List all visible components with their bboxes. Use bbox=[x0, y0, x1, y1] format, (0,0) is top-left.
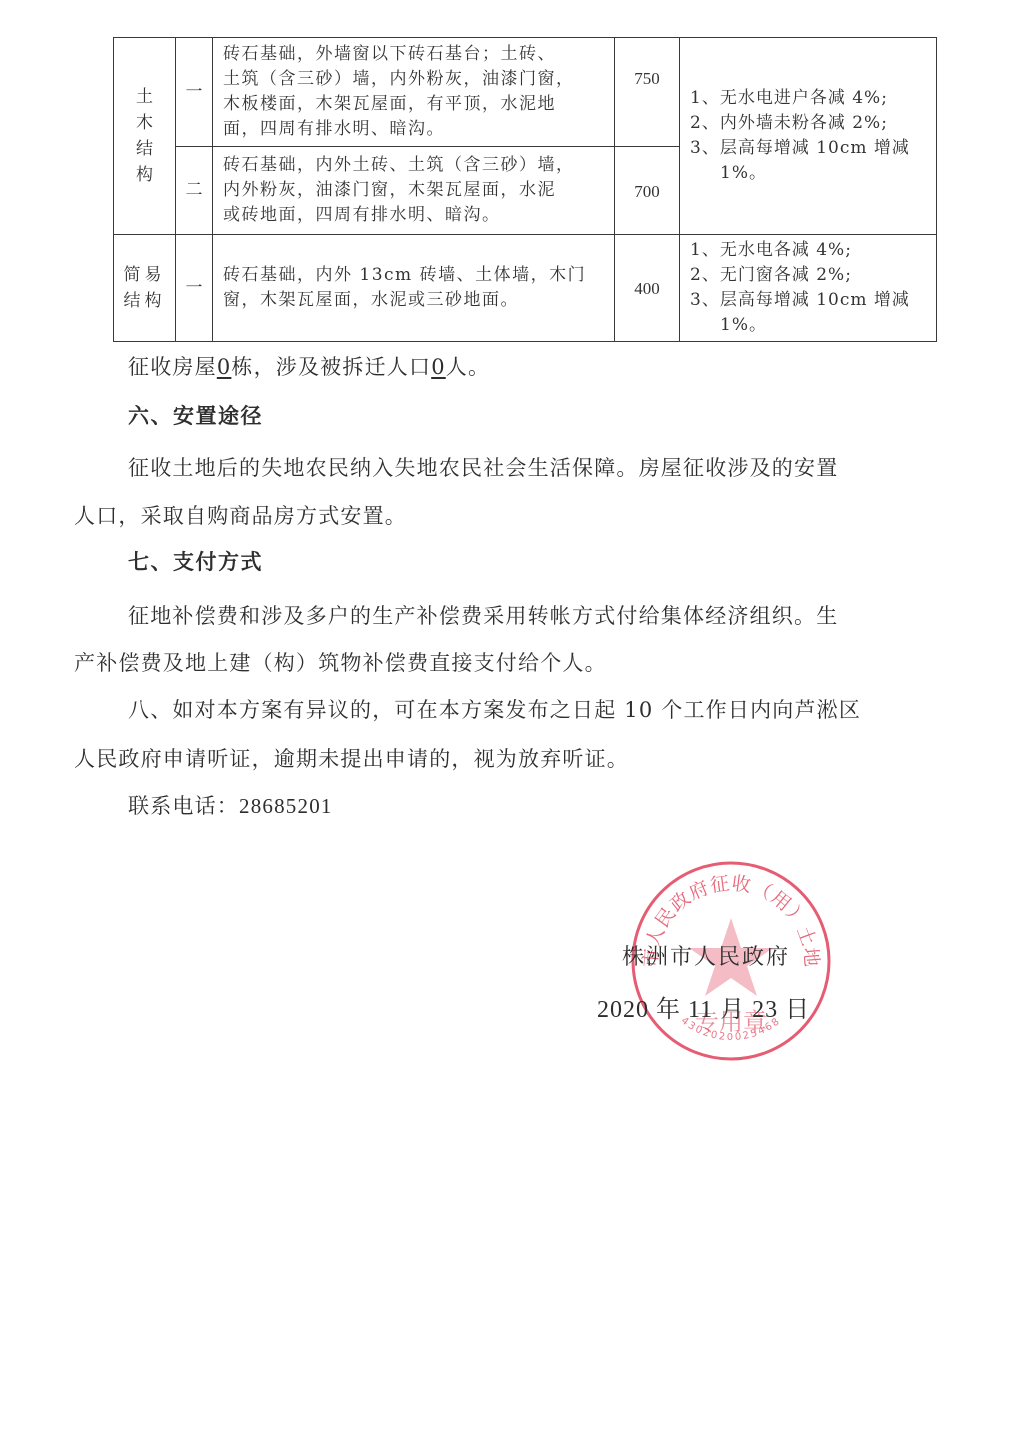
document-page: 土 木 结 构 一 砖石基础，外墙窗以下砖石基台；土砖、 土筑（含三砂）墙，内外… bbox=[0, 0, 1024, 1453]
category-line: 结构 bbox=[124, 291, 166, 311]
table-row: 简易 结构 一 砖石基础，内外 13cm 砖墙、土体墙，木门 窗，木架瓦屋面，水… bbox=[114, 235, 937, 342]
note-line: 2、无门窗各减 2%; bbox=[690, 263, 930, 288]
description-line: 窗，木架瓦屋面，水泥或三砂地面。 bbox=[223, 288, 606, 313]
section-6-line: 征收土地后的失地农民纳入失地农民社会生活保障。房屋征收涉及的安置 bbox=[128, 453, 838, 483]
description-cell: 砖石基础，内外土砖、土筑（含三砂）墙， 内外粉灰，油漆门窗，木架瓦屋面，水泥 或… bbox=[213, 147, 615, 235]
category-char: 构 bbox=[136, 165, 153, 185]
house-count: 0 bbox=[217, 355, 232, 379]
note-line: 3、层高每增减 10cm 增减 bbox=[690, 136, 930, 161]
description-line: 土筑（含三砂）墙，内外粉灰，油漆门窗， bbox=[223, 67, 606, 92]
signing-date: 2020 年 11 月 23 日 bbox=[597, 989, 810, 1024]
section-6-heading: 六、安置途径 bbox=[128, 401, 263, 431]
category-line: 简易 bbox=[124, 265, 166, 285]
section-6-line: 人口，采取自购商品房方式安置。 bbox=[74, 501, 407, 531]
description-cell: 砖石基础，内外 13cm 砖墙、土体墙，木门 窗，木架瓦屋面，水泥或三砂地面。 bbox=[213, 235, 615, 342]
price-cell: 700 bbox=[615, 147, 680, 235]
building-compensation-table: 土 木 结 构 一 砖石基础，外墙窗以下砖石基台；土砖、 土筑（含三砂）墙，内外… bbox=[113, 37, 937, 342]
category-cell-jianyi: 简易 结构 bbox=[114, 235, 176, 342]
price-cell: 750 bbox=[615, 38, 680, 147]
grade-cell: 一 bbox=[176, 38, 213, 147]
note-line: 1%。 bbox=[690, 161, 930, 186]
category-char: 土 bbox=[136, 87, 153, 107]
description-line: 内外粉灰，油漆门窗，木架瓦屋面，水泥 bbox=[223, 178, 606, 203]
houses-mid: 栋，涉及被拆迁人口 bbox=[231, 355, 431, 379]
section-7-line: 征地补偿费和涉及多户的生产补偿费采用转帐方式付给集体经济组织。生 bbox=[128, 601, 838, 631]
contact-phone: 28685201 bbox=[239, 794, 333, 818]
description-line: 砖石基础，内外 13cm 砖墙、土体墙，木门 bbox=[223, 263, 606, 288]
note-line: 2、内外墙未粉各减 2%; bbox=[690, 111, 930, 136]
section-7-heading: 七、支付方式 bbox=[128, 547, 263, 577]
grade-cell: 一 bbox=[176, 235, 213, 342]
note-line: 3、层高每增减 10cm 增减 bbox=[690, 288, 930, 313]
people-count: 0 bbox=[431, 355, 446, 379]
houses-suffix: 人。 bbox=[446, 355, 490, 379]
section-8-line: 人民政府申请听证，逾期未提出申请的，视为放弃听证。 bbox=[74, 744, 629, 774]
description-line: 砖石基础，外墙窗以下砖石基台；土砖、 bbox=[223, 42, 606, 67]
notes-cell-jianyi: 1、无水电各减 4%; 2、无门窗各减 2%; 3、层高每增减 10cm 增减 … bbox=[680, 235, 937, 342]
category-char: 结 bbox=[136, 139, 153, 159]
category-cell-tumu: 土 木 结 构 bbox=[114, 38, 176, 235]
description-line: 砖石基础，内外土砖、土筑（含三砂）墙， bbox=[223, 153, 606, 178]
signing-organization: 株洲市人民政府 bbox=[622, 940, 790, 971]
section-7-line: 产补偿费及地上建（构）筑物补偿费直接支付给个人。 bbox=[74, 648, 607, 678]
notes-cell-tumu: 1、无水电进户各减 4%; 2、内外墙未粉各减 2%; 3、层高每增减 10cm… bbox=[680, 38, 937, 235]
houses-statement: 征收房屋0栋，涉及被拆迁人口0人。 bbox=[128, 352, 490, 382]
note-line: 1、无水电进户各减 4%; bbox=[690, 86, 930, 111]
houses-prefix: 征收房屋 bbox=[128, 355, 217, 379]
description-line: 面，四周有排水明、暗沟。 bbox=[223, 117, 606, 142]
section-8-line: 八、如对本方案有异议的，可在本方案发布之日起 10 个工作日内向芦淞区 bbox=[128, 695, 861, 725]
price-cell: 400 bbox=[615, 235, 680, 342]
description-line: 木板楼面，木架瓦屋面，有平顶，水泥地 bbox=[223, 92, 606, 117]
description-line: 或砖地面，四周有排水明、暗沟。 bbox=[223, 203, 606, 228]
contact-label: 联系电话： bbox=[128, 794, 239, 818]
grade-cell: 二 bbox=[176, 147, 213, 235]
contact-line: 联系电话：28685201 bbox=[128, 791, 333, 821]
category-char: 木 bbox=[136, 113, 153, 133]
table-row: 土 木 结 构 一 砖石基础，外墙窗以下砖石基台；土砖、 土筑（含三砂）墙，内外… bbox=[114, 38, 937, 147]
note-line: 1、无水电各减 4%; bbox=[690, 238, 930, 263]
description-cell: 砖石基础，外墙窗以下砖石基台；土砖、 土筑（含三砂）墙，内外粉灰，油漆门窗， 木… bbox=[213, 38, 615, 147]
note-line: 1%。 bbox=[690, 313, 930, 338]
